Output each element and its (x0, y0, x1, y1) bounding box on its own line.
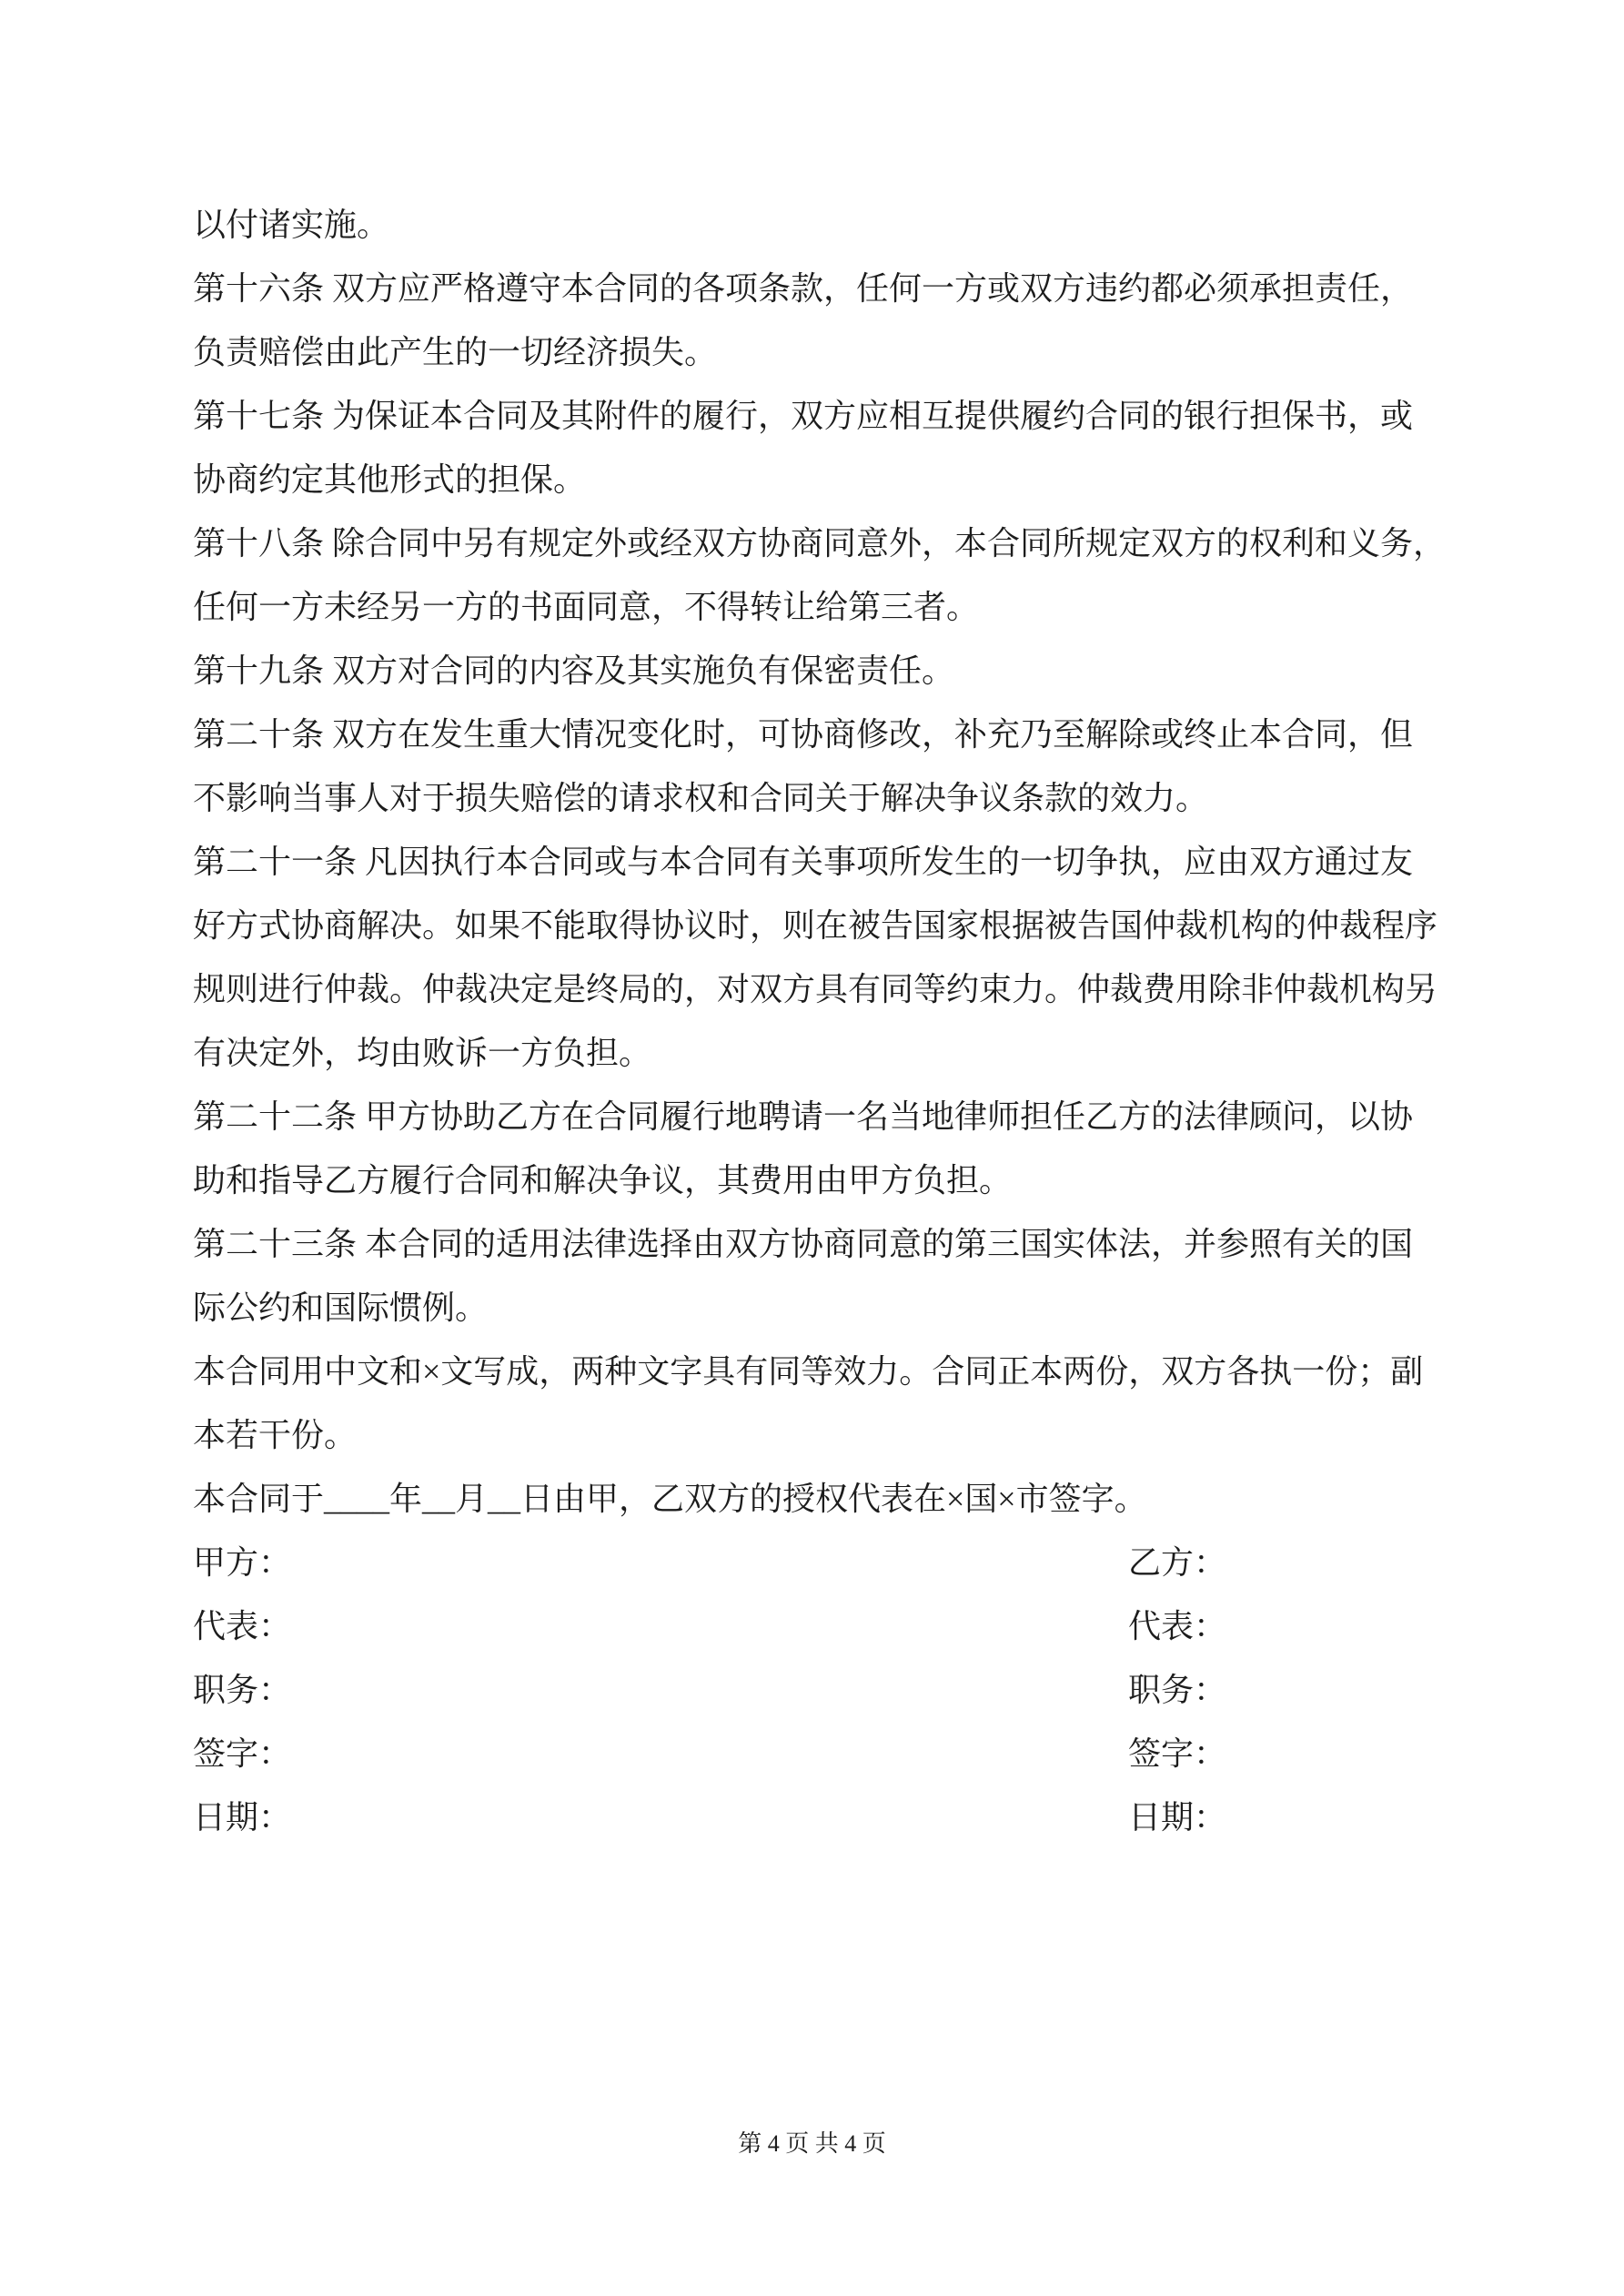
page-number-footer: 第 4 页 共 4 页 (0, 2128, 1624, 2160)
body-line: 协商约定其他形式的担保。 (193, 448, 1436, 511)
signature-row-date: 日期： 日期： (193, 1785, 1436, 1849)
contract-text-block: 以付诸实施。 第十六条 双方应严格遵守本合同的各项条款，任何一方或双方违约都必须… (193, 193, 1436, 1849)
party-b-date-label: 日期： (1128, 1785, 1226, 1849)
party-a-label: 甲方： (193, 1544, 291, 1581)
body-line: 本若干份。 (193, 1403, 1436, 1467)
body-line: 际公约和国际惯例。 (193, 1276, 1436, 1340)
body-line: 规则进行仲裁。仲裁决定是终局的，对双方具有同等约束力。仲裁费用除非仲裁机构另 (193, 957, 1436, 1021)
body-line: 以付诸实施。 (193, 193, 1436, 257)
signature-row-signature: 签字： 签字： (193, 1722, 1436, 1785)
body-line-clause-17: 第十七条 为保证本合同及其附件的履行，双方应相互提供履约合同的银行担保书，或 (193, 384, 1436, 448)
body-line: 好方式协商解决。如果不能取得协议时，则在被告国家根据被告国仲裁机构的仲裁程序 (193, 894, 1436, 957)
party-a-signature-label: 签字： (193, 1735, 291, 1772)
party-b-label: 乙方： (1128, 1531, 1226, 1594)
party-a-representative-label: 代表： (193, 1608, 291, 1644)
body-line-clause-16: 第十六条 双方应严格遵守本合同的各项条款，任何一方或双方违约都必须承担责任， (193, 257, 1436, 320)
body-line-clause-22: 第二十二条 甲方协助乙方在合同履行地聘请一名当地律师担任乙方的法律顾问，以协 (193, 1085, 1436, 1148)
signature-row-title: 职务： 职务： (193, 1658, 1436, 1722)
body-line: 本合同用中文和×文写成，两种文字具有同等效力。合同正本两份，双方各执一份；副 (193, 1340, 1436, 1403)
party-b-representative-label: 代表： (1128, 1594, 1226, 1658)
body-line: 任何一方未经另一方的书面同意，不得转让给第三者。 (193, 575, 1436, 639)
body-line-clause-20: 第二十条 双方在发生重大情况变化时，可协商修改，补充乃至解除或终止本合同，但 (193, 703, 1436, 766)
body-line: 有决定外，均由败诉一方负担。 (193, 1021, 1436, 1085)
party-b-title-label: 职务： (1128, 1658, 1226, 1722)
party-b-signature-label: 签字： (1128, 1722, 1226, 1785)
contract-page: { "page": { "background": "#ffffff", "te… (0, 0, 1624, 2296)
body-line: 不影响当事人对于损失赔偿的请求权和合同关于解决争议条款的效力。 (193, 766, 1436, 830)
body-line: 助和指导乙方履行合同和解决争议，其费用由甲方负担。 (193, 1148, 1436, 1212)
body-line-clause-23: 第二十三条 本合同的适用法律选择由双方协商同意的第三国实体法，并参照有关的国 (193, 1212, 1436, 1276)
signature-row-party: 甲方： 乙方： (193, 1531, 1436, 1594)
body-line-clause-19: 第十九条 双方对合同的内容及其实施负有保密责任。 (193, 639, 1436, 703)
party-a-title-label: 职务： (193, 1672, 291, 1708)
body-line-clause-21: 第二十一条 凡因执行本合同或与本合同有关事项所发生的一切争执，应由双方通过友 (193, 830, 1436, 894)
signature-row-representative: 代表： 代表： (193, 1594, 1436, 1658)
body-line: 负责赔偿由此产生的一切经济损失。 (193, 320, 1436, 384)
party-a-date-label: 日期： (193, 1799, 291, 1836)
body-line-signing-date: 本合同于____年__月__日由甲，乙双方的授权代表在×国×市签字。 (193, 1467, 1436, 1531)
body-line-clause-18: 第十八条 除合同中另有规定外或经双方协商同意外，本合同所规定双方的权利和义务， (193, 511, 1436, 575)
